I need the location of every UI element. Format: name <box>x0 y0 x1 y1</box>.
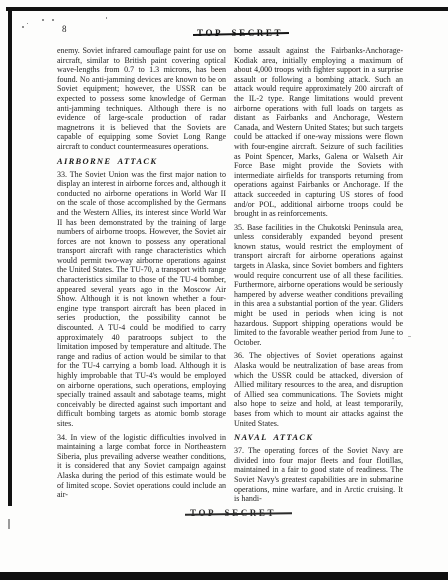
document-page: 8 TOP SECRET enemy. Soviet infrared camo… <box>0 0 448 580</box>
paragraph-33: 33. The Soviet Union was the first major… <box>57 170 226 429</box>
paragraph-intro-continuation: enemy. Soviet infrared camouflage paint … <box>57 46 226 152</box>
scan-speck <box>27 23 28 24</box>
scan-speck <box>408 336 411 337</box>
scan-border-left <box>8 7 12 506</box>
section-heading-airborne-attack: AIRBORNE ATTACK <box>57 156 226 166</box>
header-classification-stamp: TOP SECRET <box>197 28 283 38</box>
scan-speck <box>52 19 54 21</box>
scan-speck <box>106 17 107 19</box>
section-heading-naval-attack: NAVAL ATTACK <box>234 432 403 442</box>
left-column: enemy. Soviet infrared camouflage paint … <box>57 46 226 508</box>
document-body: enemy. Soviet infrared camouflage paint … <box>57 46 403 508</box>
scan-speck <box>22 26 24 28</box>
footer-classification-stamp: TOP SECRET <box>190 508 276 518</box>
paragraph-34: 34. In view of the logistic difficulties… <box>57 433 226 500</box>
scan-border-bottom <box>0 572 448 580</box>
paragraph-35: 35. Base facilities in the Chukotski Pen… <box>234 223 403 348</box>
scan-artifact-dash <box>8 519 10 529</box>
right-column: borne assault against the Fairbanks-Anch… <box>234 46 403 508</box>
page-number: 8 <box>62 24 67 34</box>
paragraph-34-continuation: borne assault against the Fairbanks-Anch… <box>234 46 403 219</box>
paragraph-36: 36. The objectives of Soviet operations … <box>234 351 403 428</box>
scan-speck <box>42 19 44 21</box>
paragraph-37: 37. The operating forces of the Soviet N… <box>234 446 403 504</box>
scan-border-top <box>6 7 448 11</box>
